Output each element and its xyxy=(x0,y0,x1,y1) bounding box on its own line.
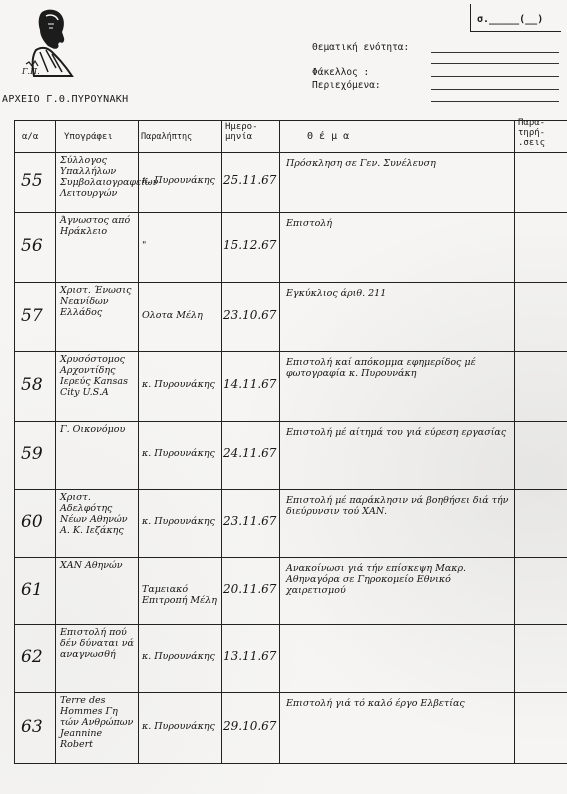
row-signer: Terre des Hommes Γη τών Ανθρώπων Jeannin… xyxy=(60,695,138,750)
row-date: 24.11.67 xyxy=(223,446,276,460)
row-number: 60 xyxy=(21,512,43,532)
row-subject: Επιστολή καί απόκομμα εφημερίδος μέ φωτο… xyxy=(286,357,511,379)
portrait-signature: Γ.Π. xyxy=(22,66,40,77)
row-signer: Χριστ. Ένωσις Νεανίδων Ελλάδος xyxy=(60,285,138,318)
row-number: 55 xyxy=(21,171,43,191)
column-header-date: Ημερο- μηνία xyxy=(225,122,258,142)
page-number-box: σ._____(__) xyxy=(470,4,561,32)
table-row-divider xyxy=(14,152,567,153)
table-column-divider xyxy=(279,120,280,763)
field-folder-label: Φάκελλος : xyxy=(312,67,369,78)
row-number: 59 xyxy=(21,444,43,464)
row-subject: Επιστολή μέ αίτημά του γιά εύρεση εργασί… xyxy=(286,427,511,438)
row-subject: Επιστολή xyxy=(286,218,511,229)
table-row-divider xyxy=(14,489,567,490)
table-row-divider xyxy=(14,624,567,625)
row-subject: Πρόσκληση σε Γεν. Συνέλευση xyxy=(286,158,511,169)
row-subject: Επιστολή γιά τό καλό έργο Ελβετίας xyxy=(286,698,511,709)
field-thematic-unit-line[interactable] xyxy=(431,52,559,53)
field-folder-line[interactable] xyxy=(431,76,559,77)
row-signer: Γ. Οικονόμου xyxy=(60,424,138,435)
row-date: 13.11.67 xyxy=(223,649,276,663)
table-row-divider xyxy=(14,351,567,352)
row-recipient: κ. Πυρουνάκης xyxy=(142,651,220,662)
table-column-divider xyxy=(14,120,15,763)
table-row-divider xyxy=(14,692,567,693)
row-number: 62 xyxy=(21,647,43,667)
table-row-divider xyxy=(14,120,567,121)
column-header-subject: Θ έ μ α xyxy=(307,132,349,142)
row-signer: Άγνωστος από Ηράκλειο xyxy=(60,215,138,237)
row-date: 14.11.67 xyxy=(223,377,276,391)
row-number: 61 xyxy=(21,580,43,600)
row-recipient: Ταμειακό Επιτροπή Μέλη xyxy=(142,584,220,606)
table-column-divider xyxy=(55,120,56,763)
field-extra-line-2[interactable] xyxy=(431,101,559,102)
row-signer: Επιστολή πού δέν δύναται νά αναγνωσθή xyxy=(60,627,138,660)
scanned-document-page: Γ.Π. ΑΡΧΕΙΟ Γ.Θ.ΠΥΡΟΥΝΑΚΗ σ._____(__) Θε… xyxy=(0,0,567,794)
row-date: 29.10.67 xyxy=(223,719,276,733)
column-header-signer: Υπογράφει xyxy=(64,132,113,142)
row-recipient: κ. Πυρουνάκης xyxy=(142,175,220,186)
table-row-divider xyxy=(14,421,567,422)
row-recipient: " xyxy=(142,240,220,251)
row-recipient: κ. Πυρουνάκης xyxy=(142,516,220,527)
column-header-number: α/α xyxy=(22,132,38,142)
table-row-divider xyxy=(14,763,567,764)
table-row-divider xyxy=(14,212,567,213)
archive-title: ΑΡΧΕΙΟ Γ.Θ.ΠΥΡΟΥΝΑΚΗ xyxy=(2,94,128,105)
page-number-label: σ._____(__) xyxy=(477,14,543,25)
row-signer: Χριστ. Αδελφότης Νέων Αθηνών Α. Κ. Ιεζάκ… xyxy=(60,492,138,536)
row-date: 23.11.67 xyxy=(223,514,276,528)
table-column-divider xyxy=(514,120,515,763)
row-date: 25.11.67 xyxy=(223,173,276,187)
field-contents-line[interactable] xyxy=(431,89,559,90)
row-date: 20.11.67 xyxy=(223,582,276,596)
row-recipient: κ. Πυρουνάκης xyxy=(142,379,220,390)
table-row-divider xyxy=(14,557,567,558)
row-subject: Εγκύκλιος άριθ. 211 xyxy=(286,288,511,299)
row-signer: ΧΑΝ Αθηνών xyxy=(60,560,138,571)
table-row-divider xyxy=(14,282,567,283)
field-thematic-unit-label: Θεματική ενότητα: xyxy=(312,42,409,53)
field-extra-line-1[interactable] xyxy=(431,63,559,64)
row-number: 58 xyxy=(21,375,43,395)
row-recipient: κ. Πυρουνάκης xyxy=(142,448,220,459)
row-signer: Χρυσόστομος Αρχοντίδης Ιερεύς Kansas Cit… xyxy=(60,354,138,398)
row-number: 57 xyxy=(21,306,43,326)
column-header-recipient: Παραλήπτης xyxy=(141,132,192,142)
row-number: 63 xyxy=(21,717,43,737)
row-subject: Επιστολή μέ παράκλησιν νά βοηθήσει διά τ… xyxy=(286,495,511,517)
row-recipient: κ. Πυρουνάκης xyxy=(142,721,220,732)
table-column-divider xyxy=(221,120,222,763)
column-header-notes: Παρα- τηρή- .σεις xyxy=(518,118,545,148)
row-recipient: Ολοτα Μέλη xyxy=(142,310,220,321)
field-contents-label: Περιεχόμενα: xyxy=(312,80,381,91)
row-number: 56 xyxy=(21,236,43,256)
row-signer: Σύλλογος Υπαλλήλων Συμβολαιογραφείων Λει… xyxy=(60,155,138,199)
row-date: 15.12.67 xyxy=(223,238,276,252)
table-column-divider xyxy=(138,120,139,763)
row-date: 23.10.67 xyxy=(223,308,276,322)
row-subject: Ανακοίνωσι γιά τήν επίσκεψη Μακρ. Αθηναγ… xyxy=(286,563,511,596)
